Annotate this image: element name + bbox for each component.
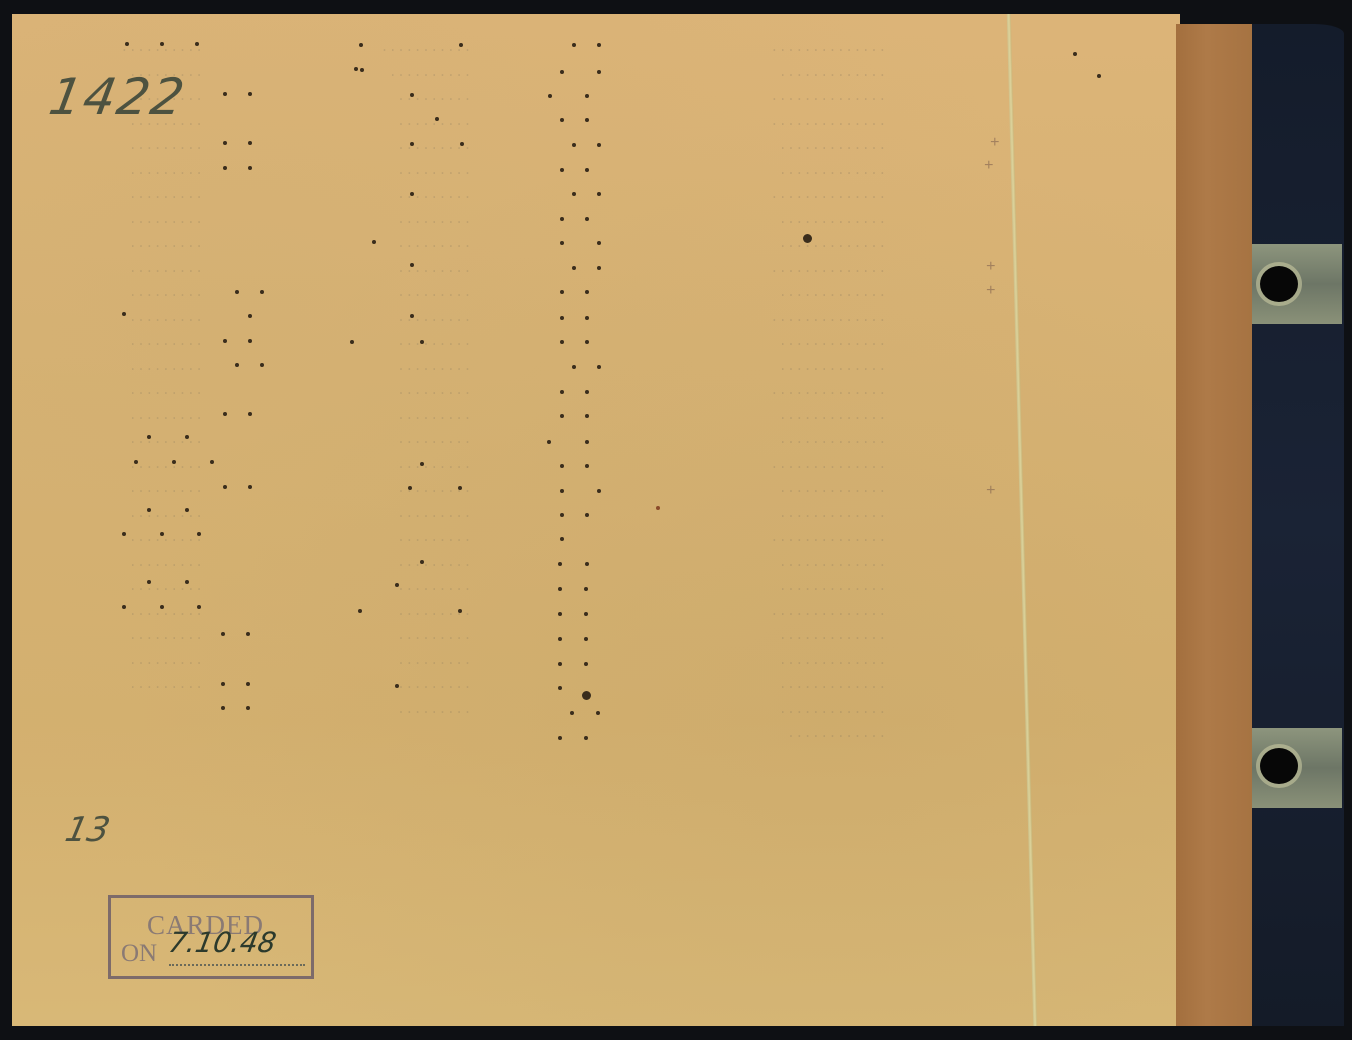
bleed-through-column-middle: ........... .......... ......... .......…	[380, 36, 471, 722]
punch-hole-icon	[1260, 748, 1298, 784]
stamp-on-label: ON	[121, 940, 157, 968]
handwritten-sub-number: 13	[62, 810, 114, 850]
punch-hole-icon	[1260, 266, 1298, 302]
carded-stamp: CARDED ON 7.10.48	[108, 895, 314, 979]
binder-ring-plate-bottom	[1252, 728, 1342, 808]
binder-cover	[1252, 24, 1344, 1026]
stamp-date-line	[169, 964, 305, 966]
bleed-through-column-right: .............. ............. ...........…	[770, 36, 886, 747]
bleed-through-column-left: .......... ......... ......... .........…	[120, 36, 203, 698]
stamp-date: 7.10.48	[166, 926, 279, 959]
binder-ring-plate-top	[1252, 244, 1342, 324]
handwritten-page-number: 1422	[45, 68, 190, 126]
binding-strip	[1176, 24, 1252, 1026]
